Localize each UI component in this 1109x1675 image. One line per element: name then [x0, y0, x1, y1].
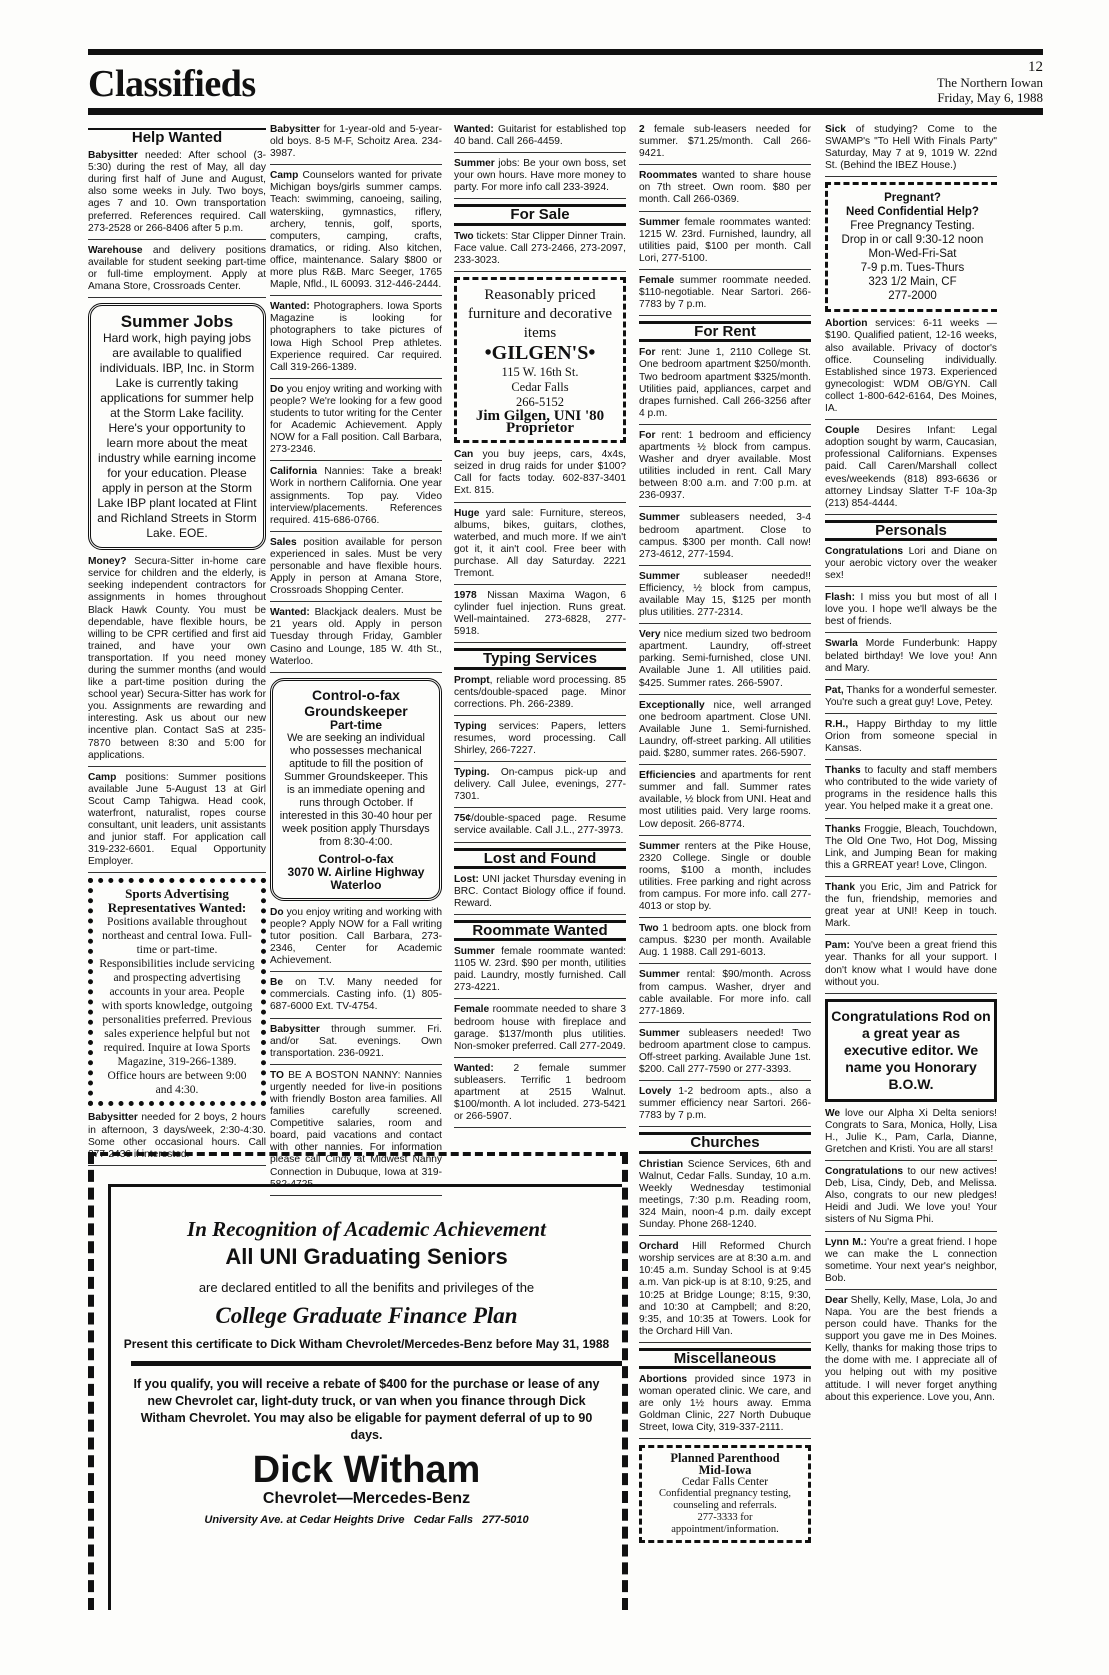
classified-ad: Camp Counselors wanted for private Michi… — [270, 170, 442, 296]
ad-lead: Warehouse — [88, 245, 143, 256]
controlofax-title: Control-o-fax — [279, 687, 433, 703]
ad-lead: 75¢ — [454, 813, 471, 824]
personal-ad: Lynn M.: You're a great friend. I hope w… — [825, 1237, 997, 1290]
ad-lead: Sales — [270, 537, 297, 548]
ad-text: rent: 1 bedroom and efficiency apartment… — [639, 430, 811, 501]
personal-ad: Congratulations Lori and Diane on your a… — [825, 546, 997, 587]
planned-parenthood-display-ad: Planned Parenthood Mid-Iowa Cedar Falls … — [639, 1445, 811, 1543]
ad-text: Nissan Maxima Wagon, 6 cylinder fuel inj… — [454, 590, 626, 637]
ad-text: needed: After school (3-5:30) during the… — [88, 150, 266, 234]
classified-ad: California Nannies: Take a break! Work i… — [270, 466, 442, 531]
ad-lead: Summer — [639, 969, 680, 980]
ad-lead: For — [639, 347, 655, 358]
ad-lead: Two — [454, 231, 474, 242]
controlofax-part-time: Part-time — [279, 719, 433, 732]
classified-ad: Do you enjoy writing and working with pe… — [270, 907, 442, 972]
gilgens-name: •GILGEN'S• — [461, 347, 619, 359]
classified-ad: Efficiencies and apartments for rent sum… — [639, 770, 811, 835]
ad-lead: Camp — [270, 170, 298, 181]
ad-text: Desires Infant: Legal adoption sought by… — [825, 425, 997, 509]
certificate-frame: In Recognition of Academic Achievement A… — [108, 1184, 622, 1610]
ad-lead: Female — [639, 275, 674, 286]
ad-lead: Efficiencies — [639, 770, 696, 781]
ad-lead: Two — [639, 923, 659, 934]
classified-ad: Very nice medium sized two bedroom apart… — [639, 629, 811, 694]
classified-ad: Babysitter through summer. Fri. and/or S… — [270, 1024, 442, 1065]
sports-ad-body: Positions available throughout northeast… — [99, 915, 255, 1069]
ad-lead: Wanted: — [454, 124, 494, 135]
pregnancy-help-display-ad: Pregnant? Need Confidential Help? Free P… — [825, 182, 997, 312]
ad-lead: Babysitter — [270, 1024, 320, 1035]
ad-lead: Flash: — [825, 592, 855, 603]
pp-center: Cedar Falls Center — [646, 1476, 804, 1488]
pregnant-line: Drop in or call 9:30-12 noon — [832, 233, 993, 247]
ad-lead: Huge — [454, 508, 479, 519]
section-header-miscellaneous: Miscellaneous — [639, 1348, 811, 1369]
pregnant-line: Mon-Wed-Fri-Sat — [832, 247, 993, 261]
ad-lead: Summer — [454, 946, 495, 957]
pp-phone: 277-3333 for appointment/information. — [646, 1512, 804, 1536]
gilgens-street: 115 W. 16th St. — [461, 365, 619, 380]
ad-lead: Wanted: — [270, 607, 310, 618]
classified-ad: Wanted: Photographers. Iowa Sports Magaz… — [270, 301, 442, 379]
section-header-help-wanted: Help Wanted — [88, 128, 266, 145]
ad-text: of studying? Come to the SWAMP's "To Hel… — [825, 124, 997, 171]
publication-name: The Northern Iowan — [937, 75, 1043, 90]
personal-ad: We love our Alpha Xi Delta seniors! Cong… — [825, 1108, 997, 1161]
certificate-declared: are declared entitled to all the benifit… — [111, 1280, 622, 1295]
ad-lead: Abortions — [639, 1374, 687, 1385]
pregnant-title: Pregnant? — [832, 191, 993, 205]
ad-text: position available for person experience… — [270, 537, 442, 596]
ad-lead: Female — [454, 1004, 489, 1015]
classified-ad: Prompt, reliable word processing. 85 cen… — [454, 675, 626, 716]
controlofax-address: 3070 W. Airline Highway — [279, 866, 433, 879]
ad-lead: Thanks — [825, 824, 861, 835]
ad-lead: Dear — [825, 1295, 848, 1306]
ad-text: rent: June 1, 2110 College St. One bedro… — [639, 347, 811, 418]
certificate-present-instructions: Present this certificate to Dick Witham … — [111, 1337, 622, 1351]
classified-ad: Female summer roommate needed. $110-nego… — [639, 275, 811, 316]
ad-lead: Swarla — [825, 638, 858, 649]
classified-ad: Summer renters at the Pike House, 2320 C… — [639, 841, 811, 919]
classified-ad: Wanted: Guitarist for established top 40… — [454, 124, 626, 153]
personal-ad: Dear Shelly, Kelly, Mase, Lola, Jo and N… — [825, 1295, 997, 1408]
pregnant-phone: 277-2000 — [832, 289, 993, 303]
ad-lead: Sick — [825, 124, 846, 135]
pp-subtitle: Mid-Iowa — [646, 1464, 804, 1476]
sports-ad-title: Sports Advertising — [99, 887, 255, 901]
classified-ad: Can you buy jeeps, cars, 4x4s, seized in… — [454, 449, 626, 502]
classified-ad: Typing services: Papers, letters resumes… — [454, 721, 626, 762]
classified-ad: Summer subleaser needed!! Efficiency, ½ … — [639, 571, 811, 624]
bottom-rule — [88, 108, 1043, 115]
ad-text: you enjoy writing and working with peopl… — [270, 907, 442, 966]
dealer-name: Dick Witham — [111, 1450, 622, 1490]
column-4: 2 female sub-leasers needed for summer. … — [639, 124, 811, 1543]
section-header-churches: Churches — [639, 1132, 811, 1153]
gilgens-city: Cedar Falls — [461, 380, 619, 395]
classified-ad: For rent: 1 bedroom and efficiency apart… — [639, 430, 811, 508]
issue-date: Friday, May 6, 1988 — [937, 90, 1043, 105]
ad-lead: Thank — [825, 882, 855, 893]
personal-ad: Swarla Morde Funderbunk: Happy belated b… — [825, 638, 997, 679]
ad-text: tickets: Star Clipper Dinner Train. Face… — [454, 231, 626, 266]
classified-ad: Abortion services: 6-11 weeks —$190. Qua… — [825, 318, 997, 420]
ad-text: Happy Birthday to my little Orion from s… — [825, 719, 997, 754]
certificate-heading: In Recognition of Academic Achievement — [111, 1217, 622, 1242]
pregnant-line: Free Pregnancy Testing. — [832, 219, 993, 233]
classified-ad: Typing. On-campus pick-up and delivery. … — [454, 767, 626, 808]
ad-lead: 1978 — [454, 590, 477, 601]
classified-ad: Babysitter for 1-year-old and 5-year-old… — [270, 124, 442, 165]
ad-lead: Typing. — [454, 767, 489, 778]
classified-ad: Summer subleasers needed! Two bedroom ap… — [639, 1028, 811, 1081]
gilgens-tagline: Reasonably priced furniture and decorati… — [461, 286, 619, 343]
ad-text: on T.V. Many needed for commercials. Cas… — [270, 977, 442, 1012]
personal-ad: Thanks Froggie, Bleach, Touchdown, The O… — [825, 824, 997, 877]
column-5: Sick of studying? Come to the SWAMP's "T… — [825, 124, 997, 1413]
ad-text: Shelly, Kelly, Mase, Lola, Jo and Napa. … — [825, 1295, 997, 1403]
page-title: Classifieds — [88, 62, 256, 106]
ad-text: Hill Reformed Church worship services ar… — [639, 1241, 811, 1337]
classified-ad: Roommates wanted to share house on 7th s… — [639, 170, 811, 211]
dealer-address: University Ave. at Cedar Heights Drive C… — [111, 1514, 622, 1526]
classified-ad: Babysitter needed: After school (3-5:30)… — [88, 150, 266, 240]
ad-lead: Pam: — [825, 940, 850, 951]
ad-lead: Christian — [639, 1159, 683, 1170]
personal-ad: Thank you Eric, Jim and Patrick for the … — [825, 882, 997, 935]
sports-advertising-display-ad: Sports Advertising Representatives Wante… — [88, 878, 266, 1106]
pp-services: Confidential pregnancy testing, counseli… — [646, 1488, 804, 1512]
masthead-meta: 12 The Northern Iowan Friday, May 6, 198… — [937, 60, 1043, 105]
ad-lead: Lost: — [454, 874, 479, 885]
ad-lead: Be — [270, 977, 283, 988]
classified-ad: Summer subleasers needed, 3-4 bedroom ap… — [639, 512, 811, 565]
classified-ad: Sales position available for person expe… — [270, 537, 442, 602]
controlofax-body: We are seeking an individual who possess… — [279, 732, 433, 849]
classified-ad: Warehouse and delivery positions availab… — [88, 245, 266, 298]
classified-ad: Summer female roommates wanted: 1215 W. … — [639, 217, 811, 270]
classified-ad: Camp positions: Summer positions availab… — [88, 772, 266, 874]
personal-ad: Thanks to faculty and staff members who … — [825, 765, 997, 818]
section-header-personals: Personals — [825, 520, 997, 541]
ad-lead: Pat, — [825, 685, 844, 696]
classified-ad: Exceptionally nice, well arranged one be… — [639, 700, 811, 765]
ad-lead: Thanks — [825, 765, 861, 776]
column-3: Wanted: Guitarist for established top 40… — [454, 124, 626, 1133]
sports-ad-subtitle: Representatives Wanted: — [99, 901, 255, 915]
ad-text: Thanks for a wonderful semester. You're … — [825, 685, 997, 708]
ad-lead: Camp — [88, 772, 116, 783]
classified-ad: Summer jobs: Be your own boss, set your … — [454, 158, 626, 199]
personal-ad: Congratulations to our new actives! Deb,… — [825, 1166, 997, 1231]
ad-lead: Typing — [454, 721, 487, 732]
ad-lead: Summer — [639, 512, 680, 523]
classified-ad: Summer rental: $90/month. Across from ca… — [639, 969, 811, 1022]
ad-lead: Summer — [639, 217, 680, 228]
classified-ad: Be on T.V. Many needed for commercials. … — [270, 977, 442, 1018]
ad-text: UNI jacket Thursday evening in BRC. Cont… — [454, 874, 626, 909]
classified-ad: Sick of studying? Come to the SWAMP's "T… — [825, 124, 997, 177]
ad-lead: California — [270, 466, 317, 477]
classified-ad: Two tickets: Star Clipper Dinner Train. … — [454, 231, 626, 272]
classified-ad: Wanted: Blackjack dealers. Must be 21 ye… — [270, 607, 442, 672]
ad-text: Secura-Sitter in-home care service for c… — [88, 556, 266, 761]
ad-lead: Lynn M.: — [825, 1237, 867, 1248]
personal-ad: R.H., Happy Birthday to my little Orion … — [825, 719, 997, 760]
ad-lead: Summer — [639, 841, 680, 852]
ad-text: services: 6-11 weeks —$190. Qualified pa… — [825, 318, 997, 414]
ad-lead: Can — [454, 449, 473, 460]
summer-jobs-title: Summer Jobs — [97, 312, 257, 331]
ad-lead: Do — [270, 384, 284, 395]
ad-text: female sub-leasers needed for summer. $7… — [639, 124, 811, 159]
classified-ad: 2 female sub-leasers needed for summer. … — [639, 124, 811, 165]
ad-lead: Congratulations — [825, 1166, 903, 1177]
ad-lead: R.H., — [825, 719, 848, 730]
gilgens-display-ad: Reasonably priced furniture and decorati… — [454, 277, 626, 443]
ad-lead: Lovely — [639, 1086, 671, 1097]
personal-ad: Pat, Thanks for a wonderful semester. Yo… — [825, 685, 997, 714]
classified-ad: Summer female roommate wanted: 1105 W. 2… — [454, 946, 626, 999]
controlofax-city: Waterloo — [279, 879, 433, 892]
classified-ad: Couple Desires Infant: Legal adoption so… — [825, 425, 997, 515]
ad-lead: Prompt — [454, 675, 490, 686]
column-1: Help Wanted Babysitter needed: After sch… — [88, 124, 266, 1171]
ad-lead: Money? — [88, 556, 127, 567]
classified-ad: Lovely 1-2 bedroom apts., also a summer … — [639, 1086, 811, 1127]
classified-ad: Orchard Hill Reformed Church worship ser… — [639, 1241, 811, 1343]
ad-lead: Babysitter — [88, 1112, 138, 1123]
ad-text: love our Alpha Xi Delta seniors! Congrat… — [825, 1108, 997, 1155]
ad-text: you buy jeeps, cars, 4x4s, seized in dru… — [454, 449, 626, 496]
ad-text: Counselors wanted for private Michigan b… — [270, 170, 442, 290]
ad-lead: Congratulations — [825, 546, 903, 557]
ad-lead: Abortion — [825, 318, 867, 329]
classified-ad: Huge yard sale: Furniture, stereos, albu… — [454, 508, 626, 586]
controlofax-subtitle: Groundskeeper — [279, 703, 433, 719]
column-2: Babysitter for 1-year-old and 5-year-old… — [270, 124, 442, 1201]
classified-ad: Do you enjoy writing and working with pe… — [270, 384, 442, 462]
ad-lead: Very — [639, 629, 661, 640]
ad-lead: Orchard — [639, 1241, 679, 1252]
ad-text: yard sale: Furniture, stereos, albums, b… — [454, 508, 626, 579]
ad-lead: Summer — [639, 1028, 680, 1039]
ad-lead: For — [639, 430, 655, 441]
ad-text: you enjoy writing and working with peopl… — [270, 384, 442, 455]
ad-text: You've been a great friend this year. Th… — [825, 940, 997, 987]
ad-lead: TO — [270, 1070, 284, 1081]
pregnant-line: 7-9 p.m. Tues-Thurs — [832, 261, 993, 275]
top-rule — [88, 49, 1043, 55]
ad-lead: Summer — [454, 158, 495, 169]
control-o-fax-display-ad: Control-o-fax Groundskeeper Part-time We… — [270, 678, 442, 901]
pregnant-line: 323 1/2 Main, CF — [832, 275, 993, 289]
classified-ad: 75¢/double-spaced page. Resume service a… — [454, 813, 626, 842]
ad-lead: We — [825, 1108, 840, 1119]
ad-lead: Summer — [639, 571, 680, 582]
personal-ad: Pam: You've been a great friend this yea… — [825, 940, 997, 993]
classified-ad: Female roommate needed to share 3 bedroo… — [454, 1004, 626, 1057]
classified-ad: Christian Science Services, 6th and Waln… — [639, 1159, 811, 1237]
ad-lead: Roommates — [639, 170, 697, 181]
dick-witham-certificate-ad: In Recognition of Academic Achievement A… — [88, 1152, 628, 1610]
section-header-lost-and-found: Lost and Found — [454, 848, 626, 869]
summer-jobs-body: Hard work, high paying jobs are availabl… — [97, 331, 257, 541]
classified-ad: Money? Secura-Sitter in-home care servic… — [88, 556, 266, 767]
pregnant-subtitle: Need Confidential Help? — [832, 205, 993, 219]
classified-ad: Lost: UNI jacket Thursday evening in BRC… — [454, 874, 626, 915]
classified-ad: Abortions provided since 1973 in woman o… — [639, 1374, 811, 1439]
ad-text: nice medium sized two bedroom apartment.… — [639, 629, 811, 688]
classified-ad: 1978 Nissan Maxima Wagon, 6 cylinder fue… — [454, 590, 626, 643]
page-number: 12 — [937, 60, 1043, 75]
section-header-for-sale: For Sale — [454, 204, 626, 225]
classified-ad: For rent: June 1, 2110 College St. One b… — [639, 347, 811, 425]
certificate-plan-name: College Graduate Finance Plan — [111, 1303, 622, 1329]
congratulations-rod-box: Congratulations Rod on a great year as e… — [825, 999, 997, 1102]
certificate-divider — [131, 1361, 622, 1366]
ad-lead: Babysitter — [270, 124, 320, 135]
ad-lead: Babysitter — [88, 150, 138, 161]
controlofax-company: Control-o-fax — [279, 853, 433, 866]
dealer-brands: Chevrolet—Mercedes-Benz — [111, 1490, 622, 1508]
section-header-roommate-wanted: Roommate Wanted — [454, 920, 626, 941]
ad-lead: Do — [270, 907, 284, 918]
summer-jobs-display-ad: Summer Jobs Hard work, high paying jobs … — [88, 303, 266, 550]
sports-ad-hours: Office hours are between 9:00 and 4:30. — [99, 1069, 255, 1097]
ad-text: positions: Summer positions available Ju… — [88, 772, 266, 868]
ad-lead: Wanted: — [454, 1063, 494, 1074]
ad-text: 1 bedroom apts. one block from campus. $… — [639, 923, 811, 958]
section-header-for-rent: For Rent — [639, 321, 811, 342]
certificate-offer: If you qualify, you will receive a rebat… — [111, 1376, 622, 1444]
ad-lead: Wanted: — [270, 301, 310, 312]
personal-ad: Flash: I miss you but most of all I love… — [825, 592, 997, 633]
classified-ad: Wanted: 2 female summer subleasers. Terr… — [454, 1063, 626, 1128]
section-header-typing-services: Typing Services — [454, 648, 626, 669]
ad-text: /double-spaced page. Resume service avai… — [454, 813, 626, 836]
certificate-recipients: All UNI Graduating Seniors — [111, 1244, 622, 1270]
ad-lead: Exceptionally — [639, 700, 705, 711]
ad-lead: Couple — [825, 425, 860, 436]
classified-ad: Two 1 bedroom apts. one block from campu… — [639, 923, 811, 964]
